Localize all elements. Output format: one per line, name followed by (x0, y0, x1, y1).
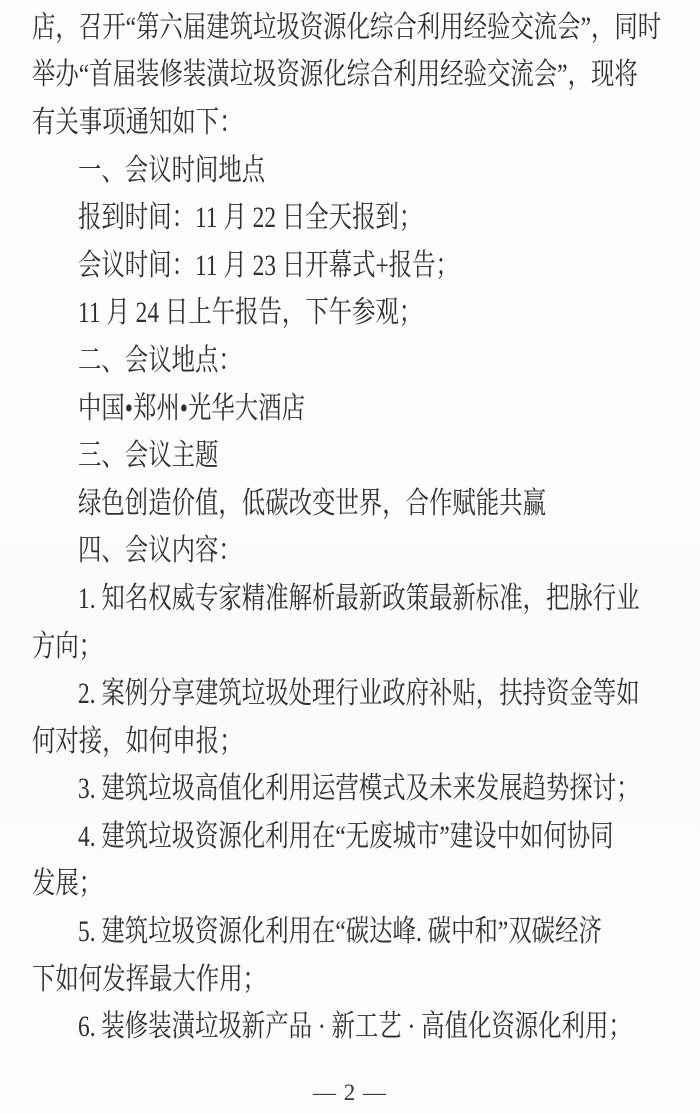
text-line-content: 发展； (32, 858, 102, 902)
text-line-content: 中国•郑州•光华大酒店 (78, 383, 305, 427)
document-page: 店，召开“第六届建筑垃圾资源化综合利用经验交流会”，同时举办“首届装修装潢垃圾资… (0, 0, 700, 1113)
text-line: 中国•郑州•光华大酒店 (32, 381, 678, 429)
text-line-content: 4. 建筑垃圾资源化利用在“无废城市”建设中如何协同 (78, 811, 614, 855)
page-number: — 2 — (0, 1069, 700, 1113)
text-line: 11 月 24 日上午报告，下午参观； (32, 286, 678, 334)
text-line: 三、会议主题 (32, 428, 678, 476)
text-line-content: 一、会议时间地点 (78, 145, 265, 189)
text-line: 方向； (32, 619, 678, 667)
text-line-content: 方向； (32, 621, 102, 665)
text-line: 有关事项通知如下： (32, 95, 678, 143)
text-line: 何对接，如何申报； (32, 714, 678, 762)
text-line-content: 1. 知名权威专家精准解析最新政策最新标准，把脉行业 (78, 573, 640, 617)
text-line: 会议时间：11 月 23 日开幕式+报告； (32, 238, 678, 286)
text-line: 4. 建筑垃圾资源化利用在“无废城市”建设中如何协同 (32, 809, 678, 857)
text-line-content: 5. 建筑垃圾资源化利用在“碳达峰. 碳中和”双碳经济 (78, 906, 602, 950)
text-line-content: 下如何发挥最大作用； (32, 954, 266, 998)
text-line: 四、会议内容： (32, 524, 678, 572)
text-line: 绿色创造价值，低碳改变世界，合作赋能共赢 (32, 476, 678, 524)
text-line-content: 二、会议地点： (78, 335, 242, 379)
text-line-content: 绿色创造价值，低碳改变世界，合作赋能共赢 (78, 478, 546, 522)
text-line-content: 11 月 24 日上午报告，下午参观； (78, 287, 422, 331)
text-line: 下如何发挥最大作用； (32, 952, 678, 1000)
text-line-content: 报到时间：11 月 22 日全天报到； (78, 192, 422, 236)
text-line-content: 何对接，如何申报； (32, 716, 243, 760)
text-line-content: 2. 案例分享建筑垃圾处理行业政府补贴，扶持资金等如 (78, 668, 640, 712)
text-line: 二、会议地点： (32, 333, 678, 381)
text-line: 报到时间：11 月 22 日全天报到； (32, 190, 678, 238)
text-line-content: 举办“首届装修装潢垃圾资源化综合利用经验交流会”，现将 (32, 49, 638, 93)
text-line-content: 三、会议主题 (78, 430, 218, 474)
text-line-content: 四、会议内容： (78, 525, 242, 569)
document-body: 店，召开“第六届建筑垃圾资源化综合利用经验交流会”，同时举办“首届装修装潢垃圾资… (32, 0, 678, 1047)
text-line-content: 6. 装修装潢垃圾新产品 · 新工艺 · 高值化资源化利用； (78, 1001, 632, 1045)
text-line: 店，召开“第六届建筑垃圾资源化综合利用经验交流会”，同时 (32, 0, 678, 48)
text-line: 举办“首届装修装潢垃圾资源化综合利用经验交流会”，现将 (32, 48, 678, 96)
text-line: 5. 建筑垃圾资源化利用在“碳达峰. 碳中和”双碳经济 (32, 904, 678, 952)
text-line: 3. 建筑垃圾高值化利用运营模式及未来发展趋势探讨； (32, 762, 678, 810)
text-line: 1. 知名权威专家精准解析最新政策最新标准，把脉行业 (32, 571, 678, 619)
text-line: 一、会议时间地点 (32, 143, 678, 191)
text-line-content: 店，召开“第六届建筑垃圾资源化综合利用经验交流会”，同时 (32, 2, 661, 46)
text-line-content: 有关事项通知如下： (32, 97, 243, 141)
text-line-content: 会议时间：11 月 23 日开幕式+报告； (78, 240, 459, 284)
text-line: 发展； (32, 857, 678, 905)
text-line: 2. 案例分享建筑垃圾处理行业政府补贴，扶持资金等如 (32, 666, 678, 714)
text-line: 6. 装修装潢垃圾新产品 · 新工艺 · 高值化资源化利用； (32, 999, 678, 1047)
text-line-content: 3. 建筑垃圾高值化利用运营模式及未来发展趋势探讨； (78, 763, 640, 807)
